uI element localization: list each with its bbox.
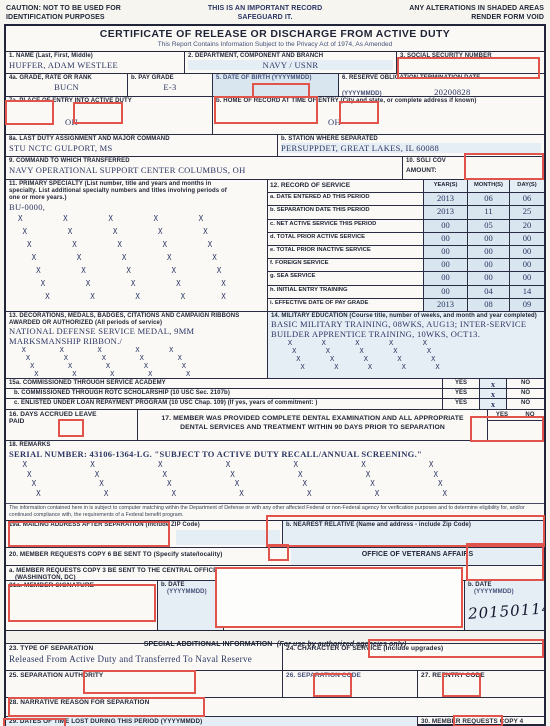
field-grade: 4a. GRADE, RATE OR RANK BUCN bbox=[6, 74, 127, 96]
redaction-box-home-record-1 bbox=[214, 96, 318, 124]
field-decorations: 13. DECORATIONS, MEDALS, BADGES, CITATIO… bbox=[6, 312, 267, 378]
redaction-box-separation-code bbox=[313, 673, 352, 697]
row-15a: 15a. COMMISSIONED THROUGH SERVICE ACADEM… bbox=[6, 379, 544, 389]
field-military-education: 14. MILITARY EDUCATION (Course title, nu… bbox=[267, 312, 544, 378]
redaction-box-home-record-2 bbox=[339, 101, 379, 124]
field-last-duty-value: STU NCTC GULPORT, MS bbox=[9, 143, 274, 153]
field-type-separation-label: 23. TYPE OF SEPARATION bbox=[9, 645, 279, 652]
redaction-box-separation-authority bbox=[83, 670, 196, 694]
field-reserve-obligation-format: (YYYYMMDD) bbox=[342, 91, 382, 96]
field-department-label: 2. DEPARTMENT, COMPONENT AND BRANCH bbox=[188, 53, 393, 60]
field-dob-label: 5. DATE OF BIRTH (YYYYMMDD) bbox=[216, 75, 335, 82]
redaction-box-copy6-right bbox=[466, 543, 544, 581]
redaction-box-ssn bbox=[397, 57, 540, 79]
ros-row-g: g. SEA SERVICE 00 00 00 bbox=[268, 272, 544, 285]
yes-cell: YES bbox=[442, 389, 479, 398]
field-station-separated-value: PERSUPPDET, GREAT LAKES, IL 60088 bbox=[281, 143, 541, 153]
ros-row-c: c. NET ACTIVE SERVICE THIS PERIOD 00 05 … bbox=[268, 220, 544, 233]
ros-row-i: i. EFFECTIVE DATE OF PAY GRADE 2013 08 0… bbox=[268, 299, 544, 311]
field-decorations-label: 13. DECORATIONS, MEDALS, BADGES, CITATIO… bbox=[9, 313, 264, 327]
field-last-duty: 8a. LAST DUTY ASSIGNMENT AND MAJOR COMMA… bbox=[6, 135, 277, 156]
field-name-label: 1. NAME (Last, First, Middle) bbox=[9, 53, 181, 60]
mark-cell: x bbox=[479, 399, 506, 409]
field-pay-grade-label: b. PAY GRADE bbox=[131, 75, 209, 82]
field-remarks-value: SERIAL NUMBER: 43106-1364-LG. "SUBJECT T… bbox=[9, 449, 541, 459]
field-grade-label: 4a. GRADE, RATE OR RANK bbox=[9, 75, 124, 82]
field-member-sig-date-label: b. DATE bbox=[161, 582, 220, 589]
field-leave-label: 16. DAYS ACCRUED LEAVE bbox=[9, 411, 134, 418]
redaction-box-dental-yesno bbox=[470, 416, 544, 442]
field-department-value: NAVY / USNR bbox=[188, 60, 393, 70]
redaction-box-official-signature bbox=[215, 567, 463, 628]
redaction-box-reentry-code bbox=[442, 673, 481, 697]
field-type-separation: 23. TYPE OF SEPARATION Released From Act… bbox=[6, 644, 282, 670]
field-official-date-label: b. DATE bbox=[468, 582, 541, 589]
military-education-x-fill: X X X X X X X X X X X X X X X X X X X X bbox=[271, 339, 541, 371]
field-last-duty-label: 8a. LAST DUTY ASSIGNMENT AND MAJOR COMMA… bbox=[9, 136, 274, 143]
redaction-box-character-service bbox=[368, 639, 544, 658]
field-grade-value: BUCN bbox=[9, 82, 124, 92]
field-reserve-obligation-value: 20200828 bbox=[434, 87, 470, 96]
no-cell: NO bbox=[506, 389, 544, 398]
field-dental: 17. MEMBER WAS PROVIDED COMPLETE DENTAL … bbox=[137, 410, 487, 440]
field-remarks-label: 18. REMARKS bbox=[9, 442, 541, 449]
ros-header-row: 12. RECORD OF SERVICE YEAR(S) MONTH(S) D… bbox=[268, 180, 544, 193]
yes-cell: YES bbox=[442, 379, 479, 388]
mark-cell: x bbox=[479, 379, 506, 388]
redaction-box-copy6-check bbox=[268, 544, 289, 561]
row-15c: c. ENLISTED UNDER LOAN REPAYMENT PROGRAM… bbox=[6, 399, 544, 410]
field-name: 1. NAME (Last, First, Middle) HUFFER, AD… bbox=[6, 52, 184, 73]
ros-row-e: e. TOTAL PRIOR INACTIVE SERVICE 00 00 00 bbox=[268, 246, 544, 259]
record-of-service-table: 12. RECORD OF SERVICE YEAR(S) MONTH(S) D… bbox=[267, 180, 544, 311]
caption-left: CAUTION: NOT TO BE USED FOR IDENTIFICATI… bbox=[6, 5, 121, 22]
form-subtitle: This Report Contains Information Subject… bbox=[6, 41, 544, 48]
ros-row-b: b. SEPARATION DATE THIS PERIOD 2013 11 2… bbox=[268, 206, 544, 219]
field-official-date: b. DATE (YYYYMMDD) 20150114 bbox=[464, 581, 544, 630]
field-primary-specialty: 11. PRIMARY SPECIALTY (List number, titl… bbox=[6, 180, 267, 311]
field-official-date-value: 20150114 bbox=[467, 599, 544, 623]
redaction-box-leave-paid bbox=[58, 419, 84, 437]
redaction-box-time-lost bbox=[3, 718, 66, 726]
ros-row-a: a. DATE ENTERED AD THIS PERIOD 2013 06 0… bbox=[268, 193, 544, 206]
remarks-x-fill: X X X X X X X X X X X X X X X bbox=[9, 460, 541, 498]
redaction-box-place-entry-2 bbox=[73, 102, 123, 124]
redaction-box-sgli-amount bbox=[464, 153, 544, 180]
field-command-transferred-label: 9. COMMAND TO WHICH TRANSFERRED bbox=[9, 158, 399, 165]
mark-cell: x bbox=[479, 389, 506, 398]
field-member-sig-date-format: (YYYYMMDD) bbox=[161, 589, 220, 596]
ros-row-h: h. INITIAL ENTRY TRAINING 00 04 14 bbox=[268, 286, 544, 299]
field-member-sig-date: b. DATE (YYYYMMDD) bbox=[157, 581, 223, 630]
field-primary-specialty-label: 11. PRIMARY SPECIALTY (List number, titl… bbox=[9, 181, 229, 202]
ros-col-years: YEAR(S) bbox=[423, 180, 467, 192]
field-dental-label: 17. MEMBER WAS PROVIDED COMPLETE DENTAL … bbox=[141, 411, 484, 432]
field-department: 2. DEPARTMENT, COMPONENT AND BRANCH NAVY… bbox=[184, 52, 396, 73]
field-primary-specialty-value: BU-0000, bbox=[9, 202, 264, 212]
field-command-transferred: 9. COMMAND TO WHICH TRANSFERRED NAVY OPE… bbox=[6, 157, 402, 179]
field-time-lost: 29. DATES OF TIME LOST DURING THIS PERIO… bbox=[6, 717, 417, 726]
field-copy6: 20. MEMBER REQUESTS COPY 6 BE SENT TO (S… bbox=[6, 548, 291, 565]
field-name-value: HUFFER, ADAM WESTLEE bbox=[9, 60, 181, 70]
no-cell: NO bbox=[506, 379, 544, 388]
ros-col-days: DAY(S) bbox=[509, 180, 544, 192]
ros-col-months: MONTH(S) bbox=[467, 180, 509, 192]
redaction-box-mailing-address bbox=[8, 521, 170, 547]
field-time-lost-label: 29. DATES OF TIME LOST DURING THIS PERIO… bbox=[9, 718, 414, 725]
redaction-box-place-entry-1 bbox=[5, 100, 54, 125]
field-type-separation-value: Released From Active Duty and Transferre… bbox=[9, 654, 279, 664]
caption-center: THIS IS AN IMPORTANT RECORD SAFEGUARD IT… bbox=[208, 5, 322, 22]
form-title: CERTIFICATE OF RELEASE OR DISCHARGE FROM… bbox=[6, 28, 544, 40]
caption-strip: CAUTION: NOT TO BE USED FOR IDENTIFICATI… bbox=[6, 5, 544, 22]
no-cell: NO bbox=[506, 399, 544, 409]
field-station-separated-label: b. STATION WHERE SEPARATED bbox=[281, 136, 541, 143]
field-reentry-code-label: 27. REENTRY CODE bbox=[421, 672, 541, 679]
yes-cell: YES bbox=[442, 399, 479, 409]
redaction-box-narrative-reason bbox=[8, 697, 205, 717]
field-official-date-format: (YYYYMMDD) bbox=[468, 589, 541, 596]
form-title-block: CERTIFICATE OF RELEASE OR DISCHARGE FROM… bbox=[6, 26, 544, 52]
ros-row-f: f. FOREIGN SERVICE 00 00 00 bbox=[268, 259, 544, 272]
redaction-box-copy4 bbox=[453, 715, 503, 726]
field-remarks: 18. REMARKS SERIAL NUMBER: 43106-1364-LG… bbox=[6, 441, 544, 520]
field-pay-grade: b. PAY GRADE E-3 bbox=[127, 74, 212, 96]
field-pay-grade-value: E-3 bbox=[131, 82, 209, 92]
row-15b: b. COMMISSIONED THROUGH ROTC SCHOLARSHIP… bbox=[6, 389, 544, 399]
redaction-box-member-signature bbox=[8, 584, 156, 622]
field-copy6-label: 20. MEMBER REQUESTS COPY 6 BE SENT TO (S… bbox=[9, 549, 288, 558]
field-decorations-value: NATIONAL DEFENSE SERVICE MEDAL, 9MM MARK… bbox=[9, 327, 264, 346]
ros-title: 12. RECORD OF SERVICE bbox=[268, 180, 423, 192]
decorations-x-fill: X X X X X X X X X X X X X X X X X X X X bbox=[9, 346, 264, 378]
field-command-transferred-value: NAVY OPERATIONAL SUPPORT CENTER COLUMBUS… bbox=[9, 165, 399, 175]
caption-right: ANY ALTERATIONS IN SHADED AREAS RENDER F… bbox=[409, 5, 544, 22]
field-military-education-value: BASIC MILITARY TRAINING, 08WKS, AUG13; I… bbox=[271, 320, 541, 339]
ros-row-d: d. TOTAL PRIOR ACTIVE SERVICE 00 00 00 bbox=[268, 233, 544, 246]
primary-specialty-x-fill: X X X X X X X X X X X X X X X X X X X X … bbox=[9, 212, 264, 303]
dd214-form-scan: CAUTION: NOT TO BE USED FOR IDENTIFICATI… bbox=[0, 0, 550, 726]
